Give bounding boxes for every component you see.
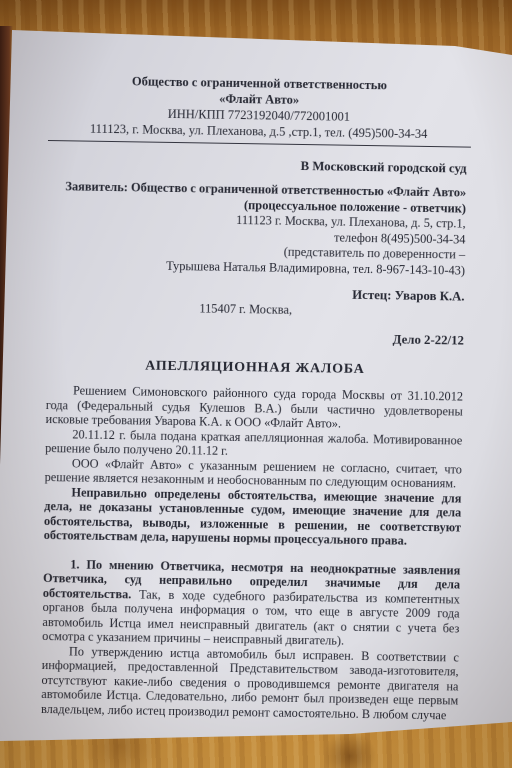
paragraph-argument-1: 1. По мнению Ответчика, несмотря на неод…: [42, 556, 460, 650]
document-content: Общество с ограниченной ответственностью…: [41, 72, 468, 722]
applicant-block: Заявитель: Общество с ограниченной ответ…: [48, 179, 466, 279]
document-title: АПЕЛЛЯЦИОННАЯ ЖАЛОБА: [46, 357, 463, 380]
desk-photo: Общество с ограниченной ответственностью…: [0, 0, 512, 768]
paragraph-argument-2: По утверждению истца автомобиль был испр…: [41, 643, 459, 722]
paragraph-ruling: Решением Симоновского районного суда гор…: [45, 383, 463, 433]
court-name: В Московский городской суд: [50, 154, 467, 177]
document-body: Решением Симоновского районного суда гор…: [41, 383, 463, 723]
case-number: Дело 2-22/12: [47, 327, 464, 349]
paper-sheet: Общество с ограниченной ответственностью…: [0, 0, 512, 768]
letterhead: Общество с ограниченной ответственностью…: [50, 72, 468, 143]
paragraph-grounds: Неправильно определены обстоятельства, и…: [44, 484, 462, 549]
